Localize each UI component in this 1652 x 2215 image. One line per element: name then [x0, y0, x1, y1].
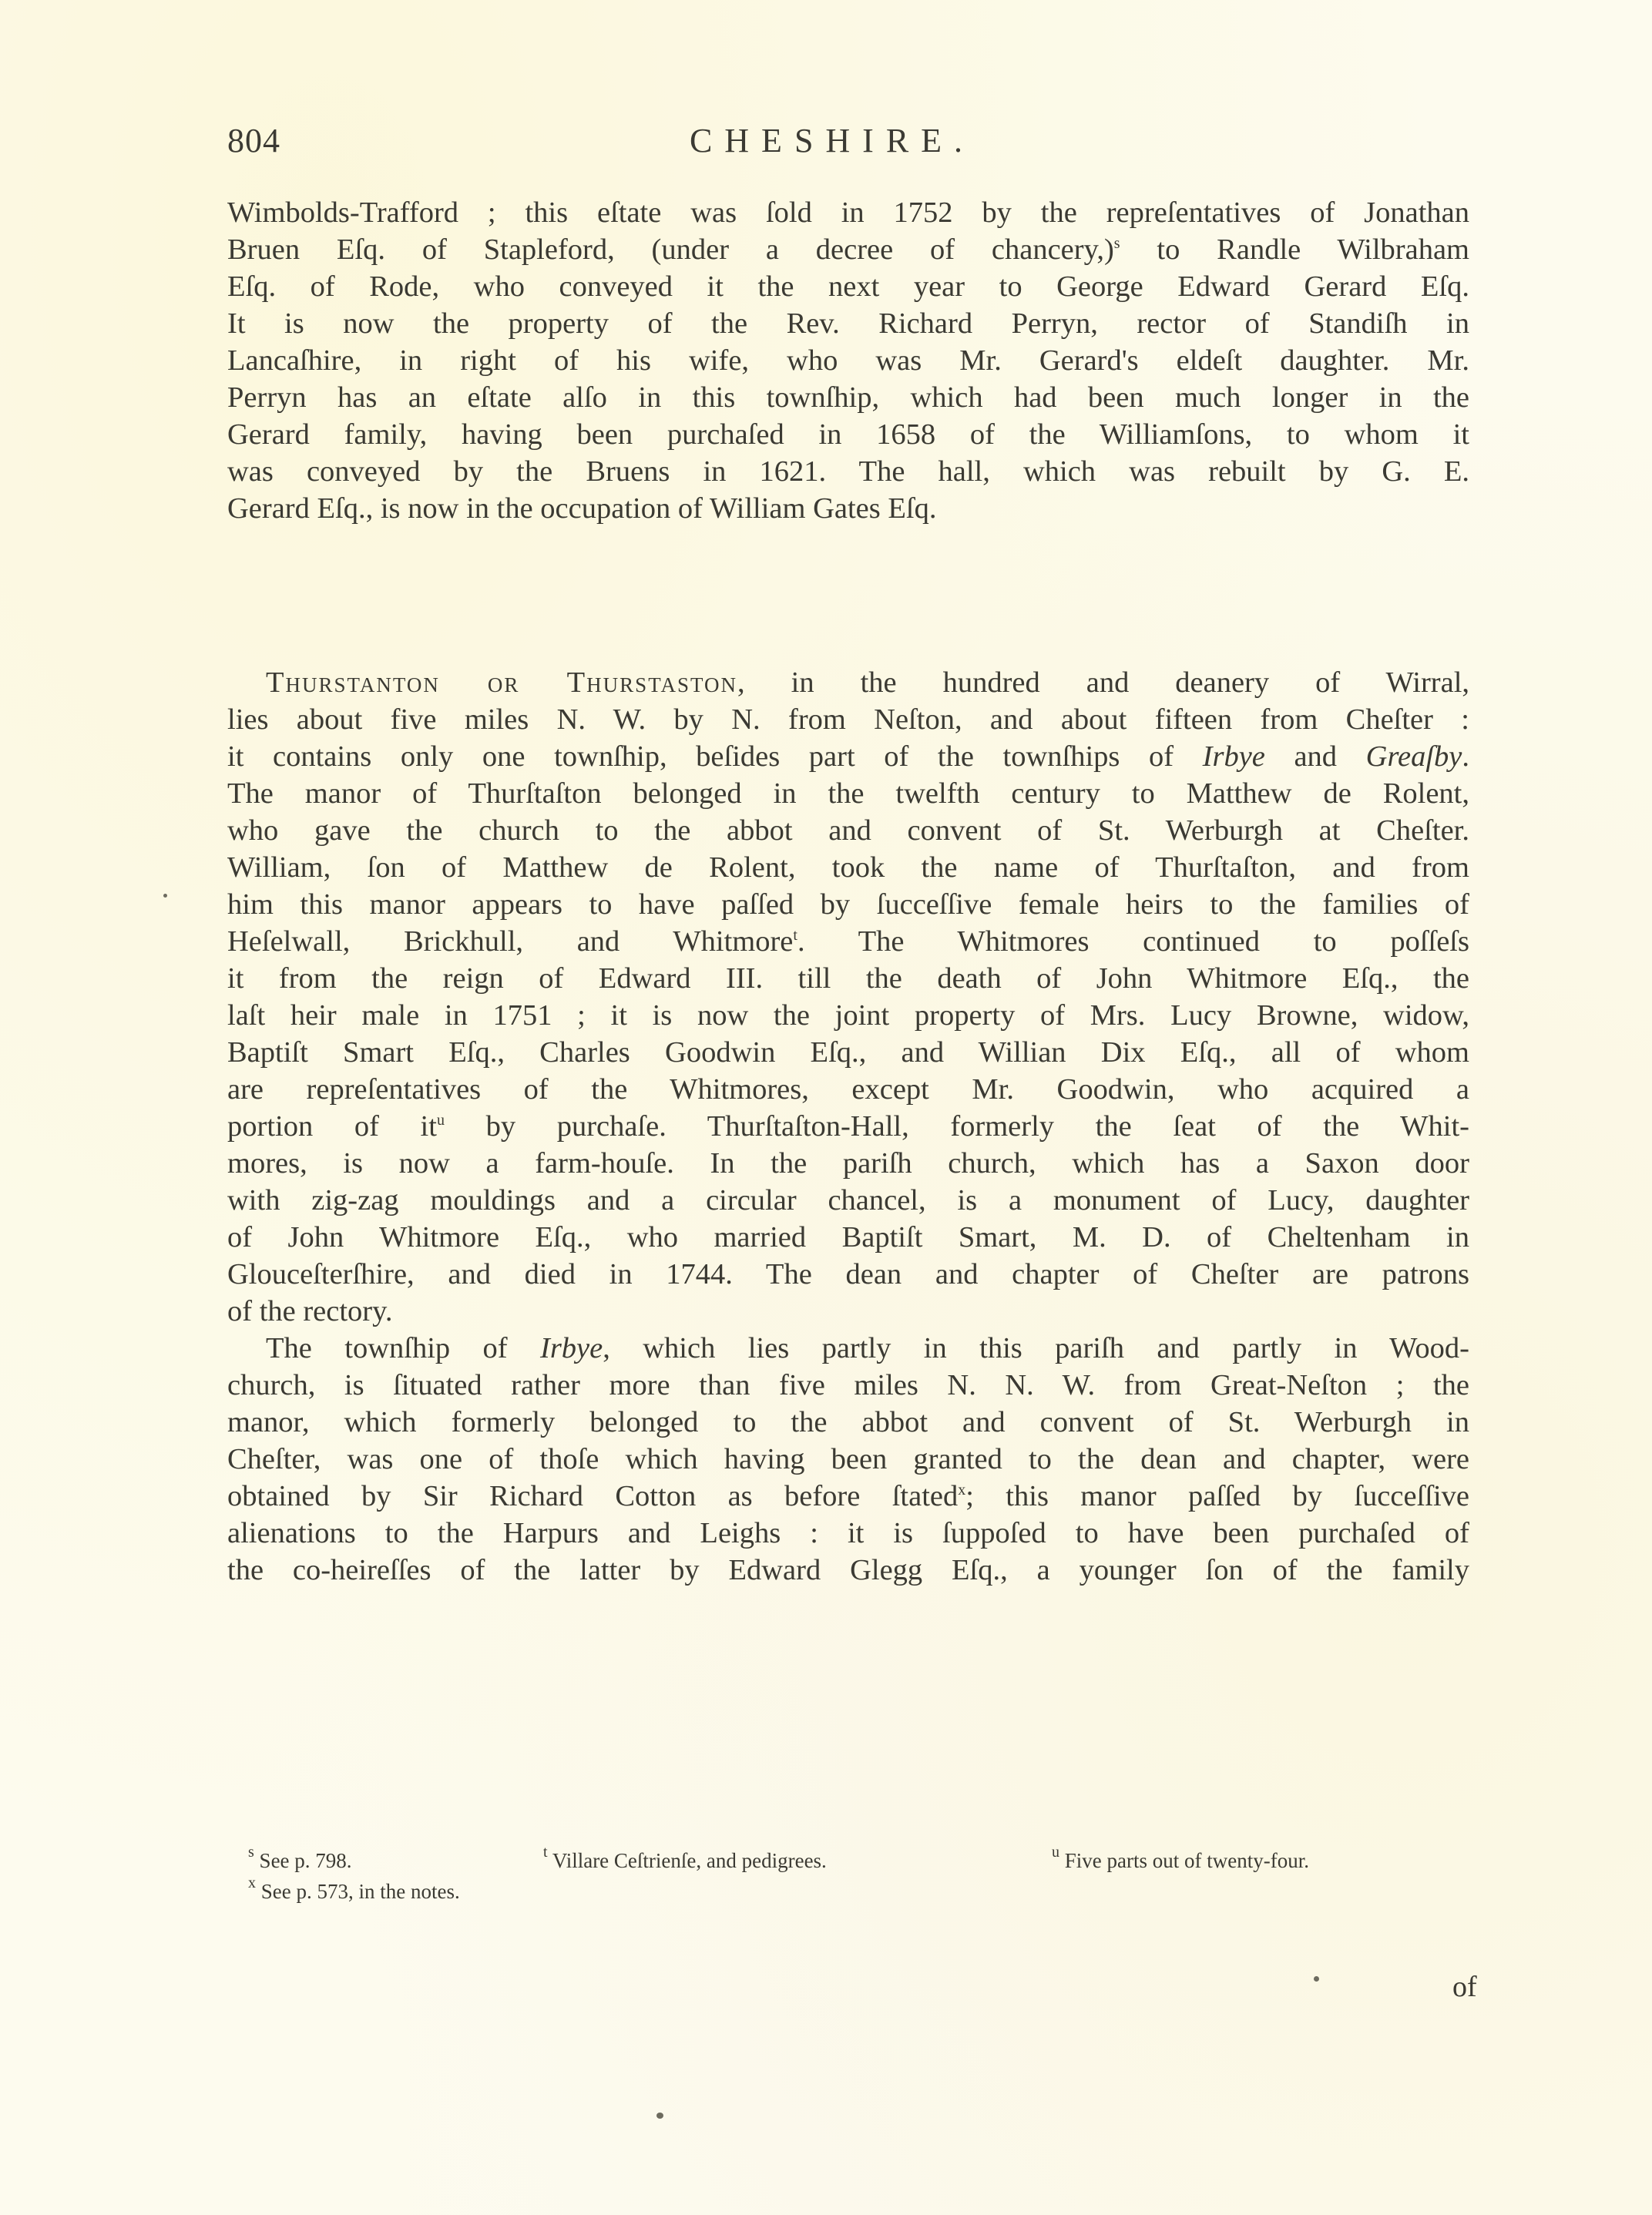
running-head: 804 CHESHIRE.: [0, 114, 1652, 168]
text-line: manor, which formerly belonged to the ab…: [227, 1404, 1469, 1441]
text-line: lies about five miles N. W. by N. from N…: [227, 701, 1469, 738]
footnote-s: s See p. 798.: [248, 1846, 352, 1875]
text-line: Wimbolds-Trafford ; this eſtate was ſold…: [227, 194, 1469, 231]
text-line: the co-heireſſes of the latter by Edward…: [227, 1552, 1469, 1589]
text-line: of John Whitmore Eſq., who married Bapti…: [227, 1219, 1469, 1256]
footnote-t: t Villare Ceſtrienſe, and pedigrees.: [543, 1846, 827, 1875]
text-line: Thurstanton or Thurstaston, in the hundr…: [266, 664, 1469, 701]
footnote-u: u Five parts out of twenty-four.: [1052, 1846, 1309, 1875]
scan-speck: [163, 894, 167, 898]
text-line: laſt heir male in 1751 ; it is now the j…: [227, 997, 1469, 1034]
text-line: it contains only one townſhip, beſides p…: [227, 738, 1469, 775]
footnote-ref-s[interactable]: s: [1114, 235, 1120, 252]
place-name: Greaſby: [1366, 740, 1462, 773]
footnote-ref-x[interactable]: x: [958, 1482, 965, 1498]
book-page: 804 CHESHIRE. Wimbolds-Trafford ; this e…: [0, 0, 1652, 2215]
text-line: obtained by Sir Richard Cotton as before…: [227, 1478, 1469, 1515]
text-line: Eſq. of Rode, who conveyed it the next y…: [227, 268, 1469, 305]
running-title: CHESHIRE.: [0, 114, 1652, 168]
place-name: Irbye: [1203, 740, 1265, 773]
text-line: It is now the property of the Rev. Richa…: [227, 305, 1469, 342]
scan-speck: [656, 2113, 663, 2119]
place-name: Irbye: [540, 1332, 603, 1364]
text-line: with zig-zag mouldings and a circular ch…: [227, 1182, 1469, 1219]
text-line: it from the reign of Edward III. till th…: [227, 960, 1469, 997]
place-name: Thurstanton: [266, 666, 440, 699]
text-line: of the rectory.: [227, 1293, 1469, 1330]
text-line: Glouceſterſhire, and died in 1744. The d…: [227, 1256, 1469, 1293]
text-line: Lancaſhire, in right of his wife, who wa…: [227, 342, 1469, 379]
text-line: was conveyed by the Bruens in 1621. The …: [227, 453, 1469, 490]
text-line: are repreſentatives of the Whitmores, ex…: [227, 1071, 1469, 1108]
text-line: portion of itu by purchaſe. Thurſtaſton-…: [227, 1108, 1469, 1145]
text-line: Gerard Eſq., is now in the occupation of…: [227, 490, 1469, 527]
text-line: The townſhip of Irbye, which lies partly…: [266, 1330, 1469, 1367]
text-line: Gerard family, having been purchaſed in …: [227, 416, 1469, 453]
footnote-x: x See p. 573, in the notes.: [248, 1877, 460, 1906]
catchword: of: [1452, 1968, 1477, 2005]
text-line: mores, is now a farm-houſe. In the pariſ…: [227, 1145, 1469, 1182]
text-line: Baptiſt Smart Eſq., Charles Goodwin Eſq.…: [227, 1034, 1469, 1071]
text-line: him this manor appears to have paſſed by…: [227, 886, 1469, 923]
text-line: alienations to the Harpurs and Leighs : …: [227, 1515, 1469, 1552]
text-line: Cheſter, was one of thoſe which having b…: [227, 1441, 1469, 1478]
text-line: William, ſon of Matthew de Rolent, took …: [227, 849, 1469, 886]
footnote-ref-u[interactable]: u: [437, 1112, 445, 1129]
text-line: Bruen Eſq. of Stapleford, (under a decre…: [227, 231, 1469, 268]
place-name: Thurstaston: [567, 666, 737, 699]
text-line: church, is ſituated rather more than fiv…: [227, 1367, 1469, 1404]
text-line: Heſelwall, Brickhull, and Whitmoret. The…: [227, 923, 1469, 960]
text-line: The manor of Thurſtaſton belonged in the…: [227, 775, 1469, 812]
text-line: Perryn has an eſtate alſo in this townſh…: [227, 379, 1469, 416]
text-line: who gave the church to the abbot and con…: [227, 812, 1469, 849]
scan-speck: [1314, 1976, 1319, 1982]
